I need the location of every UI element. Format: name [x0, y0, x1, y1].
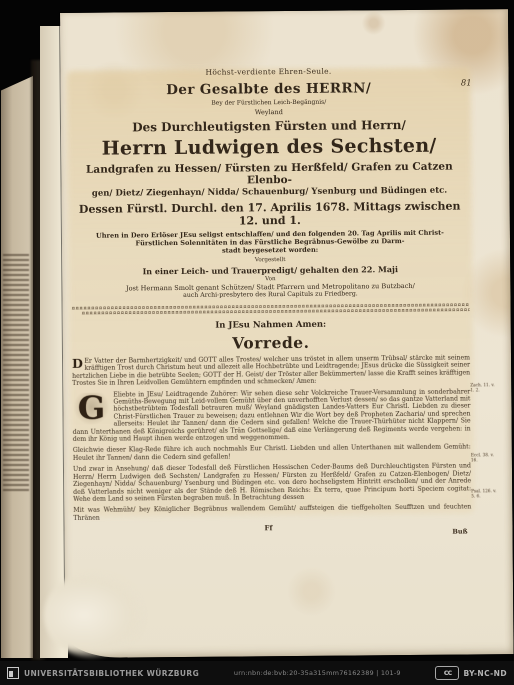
license-label: BY-NC-ND: [463, 669, 507, 678]
viewer-footer: UNIVERSITÄTSBIBLIOTHEK WÜRZBURG urn:nbn:…: [0, 661, 514, 685]
vorrede-paragraph: Und zwar in Ansehung/ daß dieser Todesfa…: [73, 463, 471, 504]
urn-label: urn:nbn:de:bvb:20-35a315mm76162389 | 101…: [234, 669, 401, 677]
signature-row: Ff Buß: [73, 522, 471, 539]
drop-cap-ornate: G: [72, 392, 110, 424]
margin-note: Psal. 126. v. 5. 6.: [471, 489, 497, 499]
paragraph-text: Gleichwie dieser Klag-Rede führe ich auc…: [73, 444, 471, 462]
ub-wuerzburg-logo-icon: [7, 667, 19, 679]
vorrede-paragraph: GEliebte in JEsu/ Leidtragende Zuhörer: …: [72, 388, 470, 443]
paragraph-text: Mit was Wehmüht/ bey Königlicher Begräbn…: [73, 504, 471, 522]
vorrede-paragraph: DEr Vatter der Barmhertzigkeit/ und GOTT…: [72, 354, 470, 387]
vorrede-paragraph: Mit was Wehmüht/ bey Königlicher Begräbn…: [73, 504, 471, 522]
title-line-date: Dessen Fürstl. Durchl. den 17. Aprilis 1…: [71, 199, 469, 228]
margin-note: Eccl. 38. v. 16.: [471, 453, 497, 463]
drop-cap-small: D: [72, 358, 83, 370]
scan-viewport: Höchst-verdiente Ehren-Seule. 81 Der Ges…: [0, 0, 514, 685]
margin-note: Zach. 11. v. 1. 2.: [470, 383, 496, 393]
title-line: gen/ Dietz/ Ziegenhayn/ Nidda/ Schauenbu…: [71, 185, 469, 198]
title-line-name: Herrn Ludwigen des Sechsten/: [70, 134, 468, 159]
book-page-scan: Höchst-verdiente Ehren-Seule. 81 Der Ges…: [60, 9, 514, 658]
paragraph-text: Er Vatter der Barmhertzigkeit/ und GOTT …: [72, 354, 470, 387]
running-head: Höchst-verdiente Ehren-Seule.: [69, 65, 467, 77]
vorrede-paragraph: Gleichwie dieser Klag-Rede führe ich auc…: [73, 444, 471, 462]
paragraph-text: Eliebte in JEsu/ Leidtragende Zuhörer: W…: [73, 388, 471, 443]
title-line: Weyland: [70, 106, 468, 117]
page-curl-highlight: [44, 572, 144, 658]
footer-institution-group: UNIVERSITÄTSBIBLIOTHEK WÜRZBURG: [7, 667, 199, 679]
paragraph-text: Und zwar in Ansehung/ daß dieser Todesfa…: [73, 463, 471, 503]
signature-mark: Ff: [264, 523, 272, 532]
section-heading: Vorrede.: [72, 331, 470, 353]
facing-page-edge: [1, 76, 33, 658]
catchword: Buß: [452, 528, 467, 536]
institution-label: UNIVERSITÄTSBIBLIOTHEK WÜRZBURG: [24, 669, 199, 678]
footer-license-group: cc BY-NC-ND: [435, 666, 507, 680]
creative-commons-icon: cc: [435, 666, 459, 680]
title-line: Des Durchleutigsten Fürsten und Herrn/: [70, 117, 468, 134]
facing-page-text-blur: [3, 254, 29, 492]
page-number: 81: [461, 78, 472, 88]
page-text-block: Höchst-verdiente Ehren-Seule. 81 Der Ges…: [69, 65, 471, 539]
title-line: Landgrafen zu Hessen/ Fürsten zu Herßfel…: [70, 160, 468, 187]
invocation-line: In JEsu Nahmen Amen:: [72, 318, 470, 331]
title-line: Der Gesalbte des HERRN/: [70, 79, 468, 98]
